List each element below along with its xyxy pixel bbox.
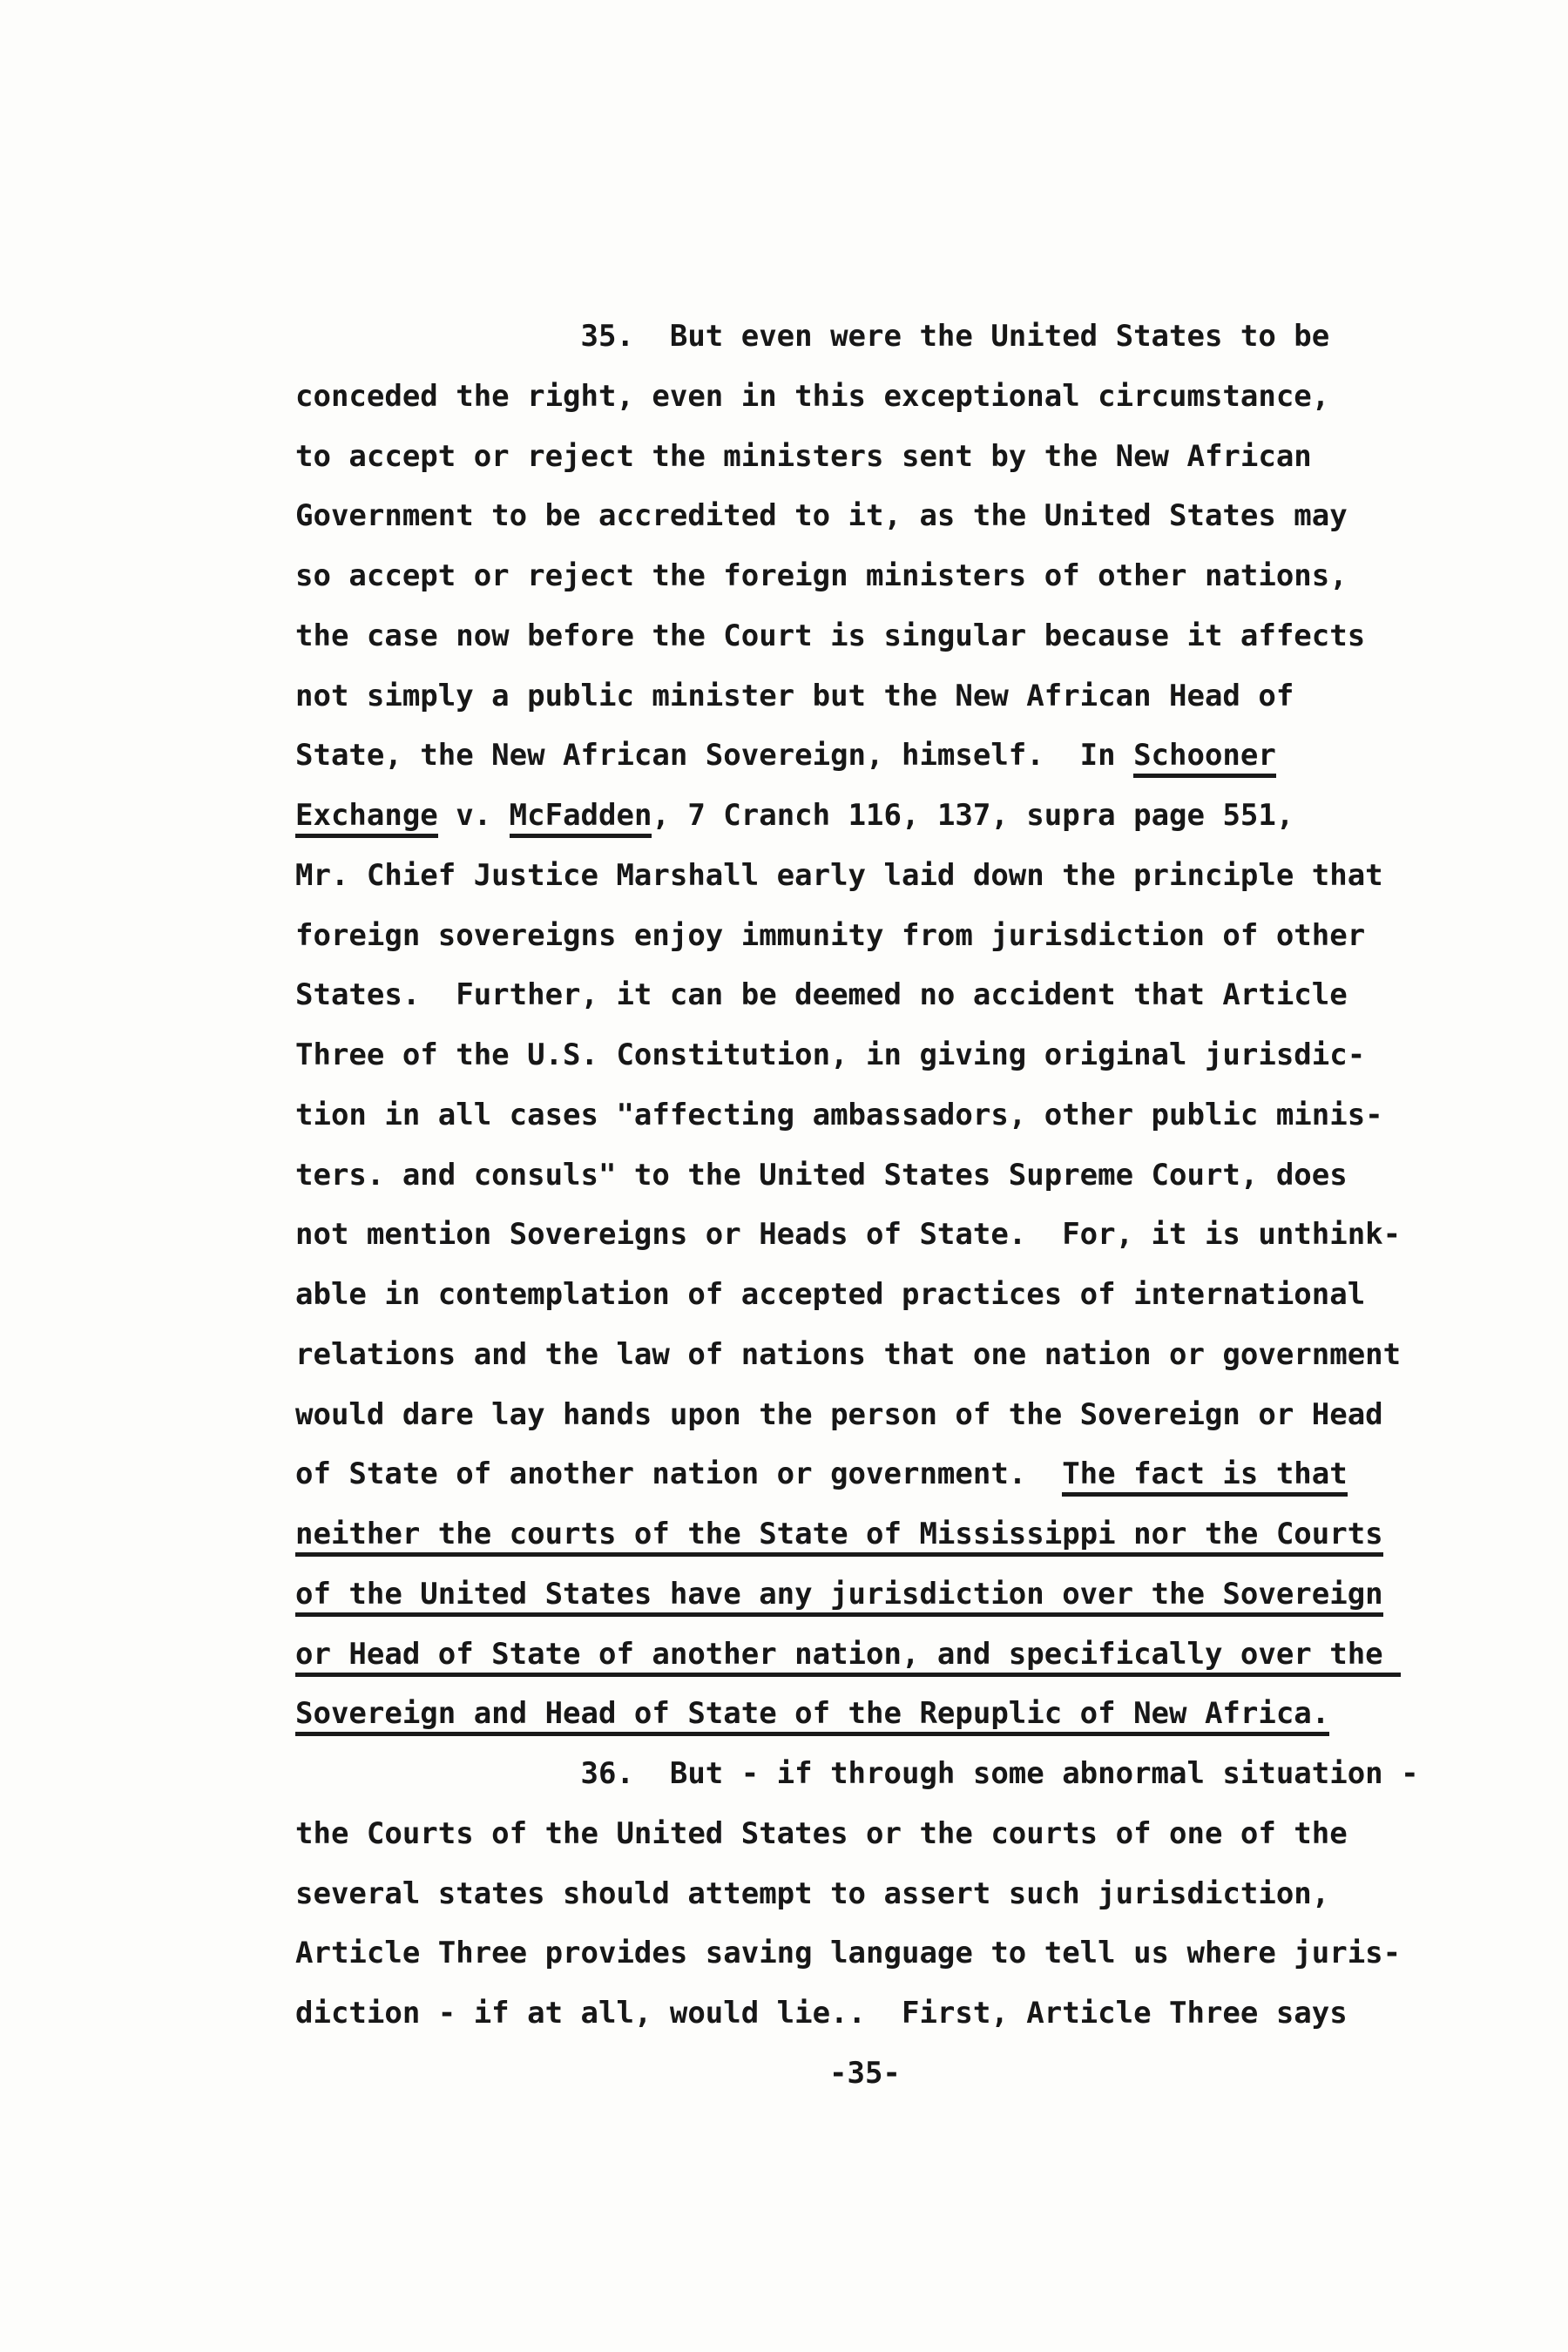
- document-line: Mr. Chief Justice Marshall early laid do…: [295, 846, 1419, 906]
- document-line: ters. and consuls" to the United States …: [295, 1146, 1419, 1206]
- document-line: Article Three provides saving language t…: [295, 1923, 1419, 1984]
- document-line: of State of another nation or government…: [295, 1444, 1419, 1504]
- underlined-text: Schooner: [1133, 738, 1276, 778]
- text-segment: 35. But even were the United States to b…: [295, 319, 1329, 354]
- text-segment: foreign sovereigns enjoy immunity from j…: [295, 918, 1365, 953]
- text-segment: States. Further, it can be deemed no acc…: [295, 977, 1348, 1012]
- text-segment: not mention Sovereigns or Heads of State…: [295, 1217, 1401, 1252]
- document-line: the case now before the Court is singula…: [295, 606, 1419, 666]
- document-line: relations and the law of nations that on…: [295, 1325, 1419, 1385]
- document-line: 36. But - if through some abnormal situa…: [295, 1744, 1419, 1804]
- text-segment: , 7 Cranch 116, 137, supra page 551,: [652, 798, 1294, 833]
- document-line: able in contemplation of accepted practi…: [295, 1265, 1419, 1325]
- text-segment: diction - if at all, would lie.. First, …: [295, 1996, 1348, 2031]
- underlined-text: neither the courts of the State of Missi…: [295, 1517, 1383, 1557]
- document-line: Sovereign and Head of State of the Repup…: [295, 1684, 1419, 1744]
- document-line: so accept or reject the foreign minister…: [295, 546, 1419, 606]
- document-line: States. Further, it can be deemed no acc…: [295, 965, 1419, 1025]
- document-line: Government to be accredited to it, as th…: [295, 486, 1419, 546]
- text-segment: v.: [438, 798, 510, 833]
- text-segment: the Courts of the United States or the c…: [295, 1816, 1348, 1851]
- text-segment: to accept or reject the ministers sent b…: [295, 439, 1312, 474]
- document-line: several states should attempt to assert …: [295, 1864, 1419, 1924]
- text-segment: conceded the right, even in this excepti…: [295, 379, 1329, 414]
- document-body: 35. But even were the United States to b…: [295, 307, 1419, 2044]
- underlined-text: Exchange: [295, 798, 438, 838]
- underlined-text: of the United States have any jurisdicti…: [295, 1577, 1383, 1617]
- text-segment: the case now before the Court is singula…: [295, 618, 1365, 653]
- text-segment: Article Three provides saving language t…: [295, 1936, 1401, 1970]
- page-number: -35-: [829, 2052, 901, 2094]
- text-segment: so accept or reject the foreign minister…: [295, 558, 1348, 593]
- text-segment: of State of another nation or government…: [295, 1456, 1062, 1491]
- document-line: of the United States have any jurisdicti…: [295, 1565, 1419, 1625]
- document-line: diction - if at all, would lie.. First, …: [295, 1984, 1419, 2044]
- text-segment: Three of the U.S. Constitution, in givin…: [295, 1037, 1365, 1072]
- underlined-text: McFadden: [510, 798, 652, 838]
- text-segment: several states should attempt to assert …: [295, 1876, 1329, 1911]
- document-line: State, the New African Sovereign, himsel…: [295, 726, 1419, 786]
- document-line: or Head of State of another nation, and …: [295, 1625, 1419, 1685]
- document-line: Three of the U.S. Constitution, in givin…: [295, 1025, 1419, 1085]
- text-segment: would dare lay hands upon the person of …: [295, 1397, 1383, 1432]
- document-line: conceded the right, even in this excepti…: [295, 367, 1419, 427]
- document-line: foreign sovereigns enjoy immunity from j…: [295, 906, 1419, 966]
- underlined-text: Sovereign and Head of State of the Repup…: [295, 1696, 1329, 1736]
- underlined-text: or Head of State of another nation, and …: [295, 1637, 1401, 1677]
- document-line: Exchange v. McFadden, 7 Cranch 116, 137,…: [295, 786, 1419, 846]
- document-line: to accept or reject the ministers sent b…: [295, 427, 1419, 487]
- text-segment: 36. But - if through some abnormal situa…: [295, 1756, 1419, 1791]
- underlined-text: The fact is that: [1062, 1456, 1348, 1497]
- document-page: 35. But even were the United States to b…: [0, 0, 1568, 2352]
- text-segment: Mr. Chief Justice Marshall early laid do…: [295, 858, 1383, 893]
- document-line: not simply a public minister but the New…: [295, 666, 1419, 727]
- document-line: not mention Sovereigns or Heads of State…: [295, 1205, 1419, 1265]
- document-line: would dare lay hands upon the person of …: [295, 1385, 1419, 1445]
- text-segment: State, the New African Sovereign, himsel…: [295, 738, 1133, 773]
- text-segment: relations and the law of nations that on…: [295, 1337, 1401, 1372]
- text-segment: Government to be accredited to it, as th…: [295, 498, 1348, 533]
- text-segment: able in contemplation of accepted practi…: [295, 1277, 1365, 1312]
- text-segment: tion in all cases "affecting ambassadors…: [295, 1098, 1383, 1132]
- text-segment: not simply a public minister but the New…: [295, 679, 1294, 713]
- document-line: tion in all cases "affecting ambassadors…: [295, 1085, 1419, 1146]
- document-line: neither the courts of the State of Missi…: [295, 1504, 1419, 1565]
- text-segment: ters. and consuls" to the United States …: [295, 1158, 1348, 1193]
- document-line: 35. But even were the United States to b…: [295, 307, 1419, 367]
- document-line: the Courts of the United States or the c…: [295, 1804, 1419, 1864]
